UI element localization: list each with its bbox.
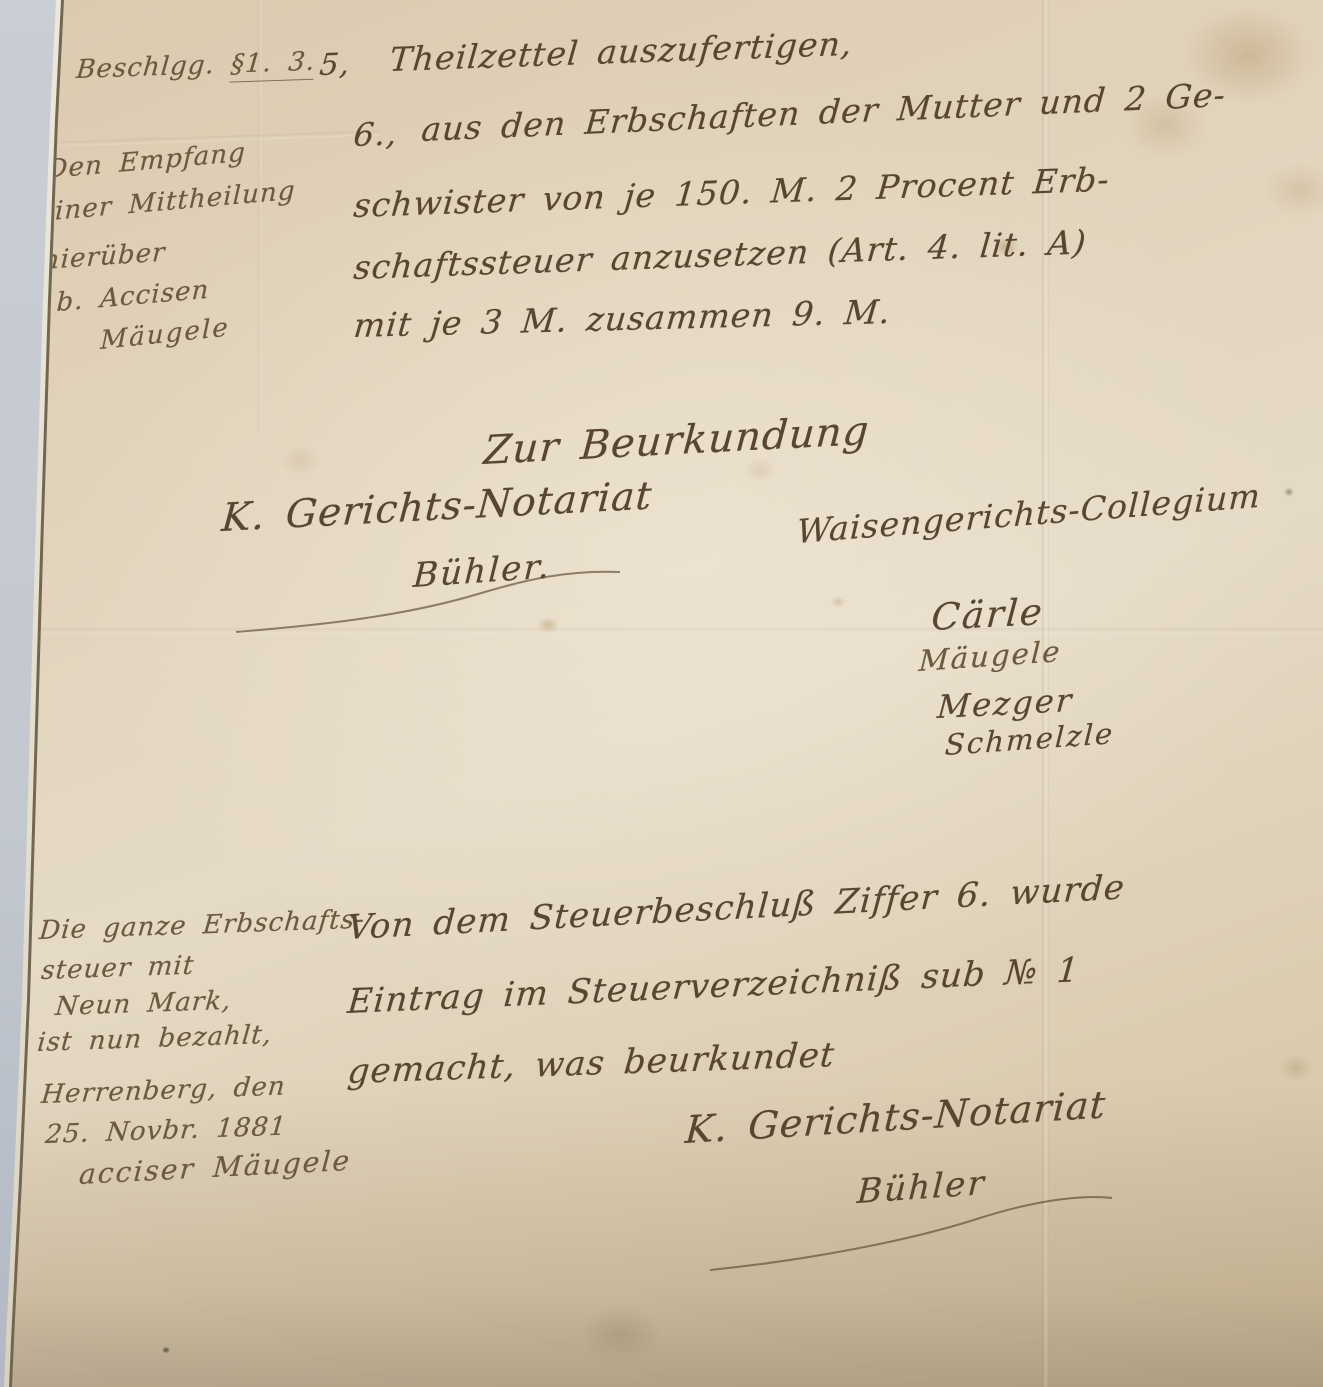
closing-office-label: K. Gerichts-Notariat xyxy=(684,1083,1107,1152)
header-text: Theilzettel auszufertigen, xyxy=(388,24,854,79)
header-item-number: 5, xyxy=(318,47,352,83)
margin-top-signature: Mäugele xyxy=(100,313,230,356)
item6-number: 6., xyxy=(352,114,399,154)
margin-bottom-line-3: Neun Mark, xyxy=(54,986,233,1022)
registry-line-3: gemacht, was beurkundet xyxy=(346,1035,837,1092)
margin-bottom-signature: acciser Mäugele xyxy=(78,1144,352,1191)
manuscript-page: Beschlgg. §1. 3. 5, Theilzettel auszufer… xyxy=(0,0,1323,1387)
college-signature-1: Cärle xyxy=(930,590,1045,639)
margin-bottom-line-1: Die ganze Erbschafts- xyxy=(38,905,366,946)
item6-line-2: schwister von je 150. M. 2 Procent Erb- xyxy=(352,160,1111,225)
margin-top-line-3: hierüber xyxy=(42,238,166,276)
margin-bottom-line-2: steuer mit xyxy=(40,951,196,986)
notariat-signature: Bühler. xyxy=(412,547,552,596)
margin-top-line-4: b. Accisen xyxy=(56,275,210,318)
notariat-office-label: K. Gerichts-Notariat xyxy=(220,474,654,541)
margin-bottom-place-date: Herrenberg, den xyxy=(40,1072,287,1110)
college-signature-2: Mäugele xyxy=(918,634,1062,678)
attestation-heading: Zur Beurkundung xyxy=(482,408,871,474)
header-reference-word: Beschlgg. xyxy=(75,50,216,85)
college-label: Waisengerichts-Collegium xyxy=(796,476,1262,551)
closing-signature: Bühler xyxy=(856,1163,987,1212)
horizontal-fold-crease-middle xyxy=(0,628,1323,634)
margin-top-line-2: einer Mittheilung xyxy=(38,176,296,228)
header-reference: Beschlgg. §1. 3. xyxy=(75,47,317,85)
registry-line-1: Von dem Steuerbeschluß Ziffer 6. wurde xyxy=(346,868,1126,948)
margin-top-line-1: Den Empfang xyxy=(46,138,246,185)
college-signature-3: Mezger xyxy=(936,681,1075,726)
margin-bottom-date: 25. Novbr. 1881 xyxy=(44,1112,288,1150)
item6-line-3: schaftssteuer anzusetzen (Art. 4. lit. A… xyxy=(352,223,1088,287)
item6-line-4: mit je 3 M. zusammen 9. M. xyxy=(352,292,893,345)
scanned-document-photo: Beschlgg. §1. 3. 5, Theilzettel auszufer… xyxy=(0,0,1323,1387)
item6-line-1: aus den Erbschaften der Mutter und 2 Ge- xyxy=(420,75,1227,149)
margin-bottom-line-4: ist nun bezahlt, xyxy=(36,1020,273,1058)
registry-line-2: Eintrag im Steuerverzeichniß sub № 1 xyxy=(346,950,1081,1022)
header-section-underlined: §1. 3. xyxy=(230,47,317,83)
